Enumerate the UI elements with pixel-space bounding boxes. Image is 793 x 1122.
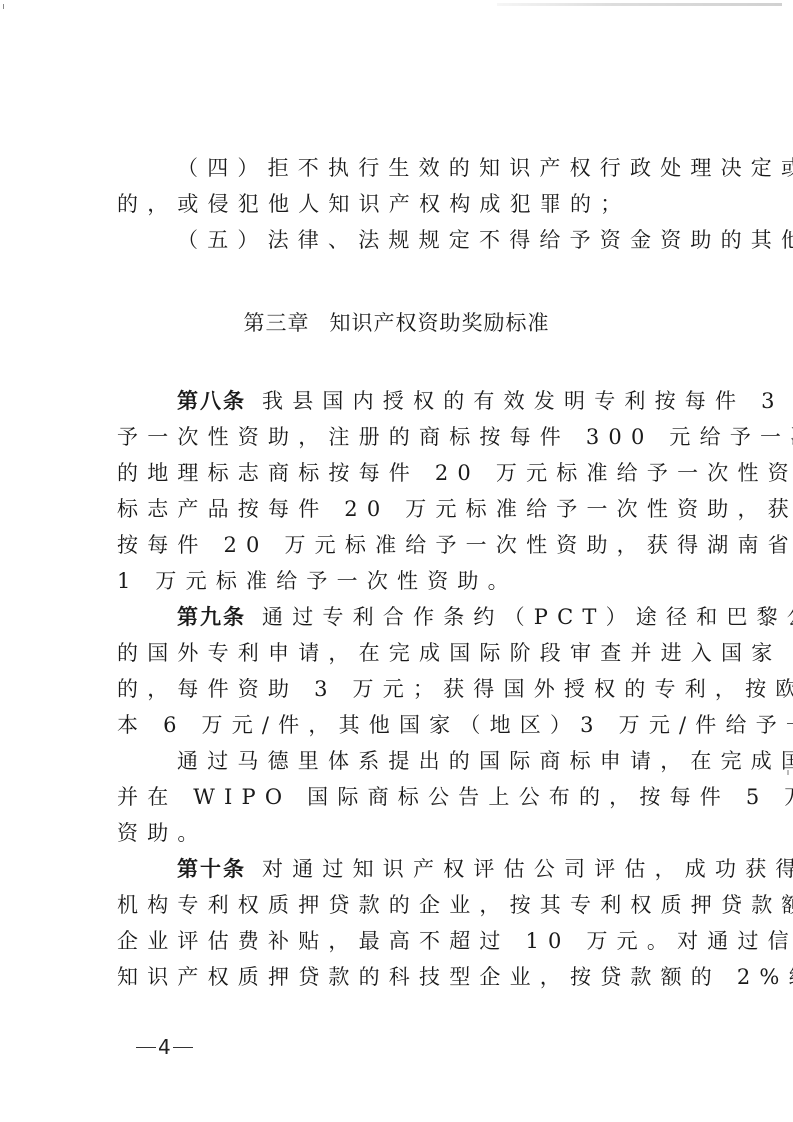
page-number: 4	[136, 1035, 193, 1059]
article-9-line-4: 本 6 万元/件，其他国家（地区）3 万元/件给予一次性资助。	[117, 707, 727, 743]
article-8-line-5: 按每件 20 万元标准给予一次性资助，获得湖南省知名品牌按每件	[117, 527, 727, 563]
page-number-value: 4	[156, 1035, 173, 1059]
article-8-line-4: 标志产品按每件 20 万元标准给予一次性资助，获得中国驰名商标	[117, 491, 727, 527]
article-8-line-1: 第八条我县国内授权的有效发明专利按每件 3 万元标准给	[117, 383, 727, 419]
article-9-line-2: 的国外专利申请，在完成国际阶段审查并进入国家（地区）公布	[117, 635, 727, 671]
article-8-line-6: 1 万元标准给予一次性资助。	[117, 563, 727, 599]
article-10-line-3: 企业评估费补贴，最高不超过 10 万元。对通过信用担保公司进行	[117, 923, 727, 959]
scan-speck	[787, 770, 789, 775]
chapter-heading: 第三章知识产权资助奖励标准	[0, 308, 793, 338]
article-10-label: 第十条	[177, 857, 246, 881]
article-9-para2-line-2: 并在 WIPO 国际商标公告上公布的，按每件 5 万元给予一次性	[117, 779, 727, 815]
article-8-line-2: 予一次性资助，注册的商标按每件 300 元给予一次性资助，注册	[117, 419, 727, 455]
article-10-line-2: 机构专利权质押贷款的企业，按其专利权质押贷款额度的 2%给予	[117, 887, 727, 923]
article-8: 第八条我县国内授权的有效发明专利按每件 3 万元标准给 予一次性资助，注册的商标…	[117, 383, 727, 599]
page-number-dash-left	[136, 1047, 156, 1048]
scan-tick-artifact	[3, 4, 4, 9]
scan-edge-artifact	[497, 3, 782, 6]
chapter-number: 第三章	[244, 311, 310, 335]
article-9-para2-line-1: 通过马德里体系提出的国际商标申请，在完成国际阶段审查	[117, 743, 727, 779]
article-10: 第十条对通过知识产权评估公司评估，成功获得银行金融 机构专利权质押贷款的企业，按…	[117, 851, 727, 995]
item-4-line-1: （四）拒不执行生效的知识产权行政处理决定或者司法裁判	[117, 150, 727, 186]
article-9: 第九条通过专利合作条约（PCT）途径和巴黎公约途径提出 的国外专利申请，在完成国…	[117, 599, 727, 851]
article-9-label: 第九条	[177, 605, 246, 629]
article-9-line-1: 第九条通过专利合作条约（PCT）途径和巴黎公约途径提出	[117, 599, 727, 635]
item-5-line-1: （五）法律、法规规定不得给予资金资助的其他情形。	[117, 222, 727, 258]
article-8-label: 第八条	[177, 389, 246, 413]
prior-items: （四）拒不执行生效的知识产权行政处理决定或者司法裁判 的，或侵犯他人知识产权构成…	[117, 150, 727, 258]
chapter-title: 知识产权资助奖励标准	[330, 311, 550, 335]
article-8-line-3: 的地理标志商标按每件 20 万元标准给予一次性资助，获批的地理	[117, 455, 727, 491]
article-10-line-1: 第十条对通过知识产权评估公司评估，成功获得银行金融	[117, 851, 727, 887]
article-9-para2-line-3: 资助。	[117, 815, 727, 851]
page-number-dash-right	[173, 1047, 193, 1048]
article-10-line-4: 知识产权质押贷款的科技型企业，按贷款额的 2%给予企业担保费	[117, 959, 727, 995]
item-4-line-2: 的，或侵犯他人知识产权构成犯罪的；	[117, 186, 727, 222]
article-9-line-3: 的，每件资助 3 万元；获得国外授权的专利，按欧洲、美国、日	[117, 671, 727, 707]
